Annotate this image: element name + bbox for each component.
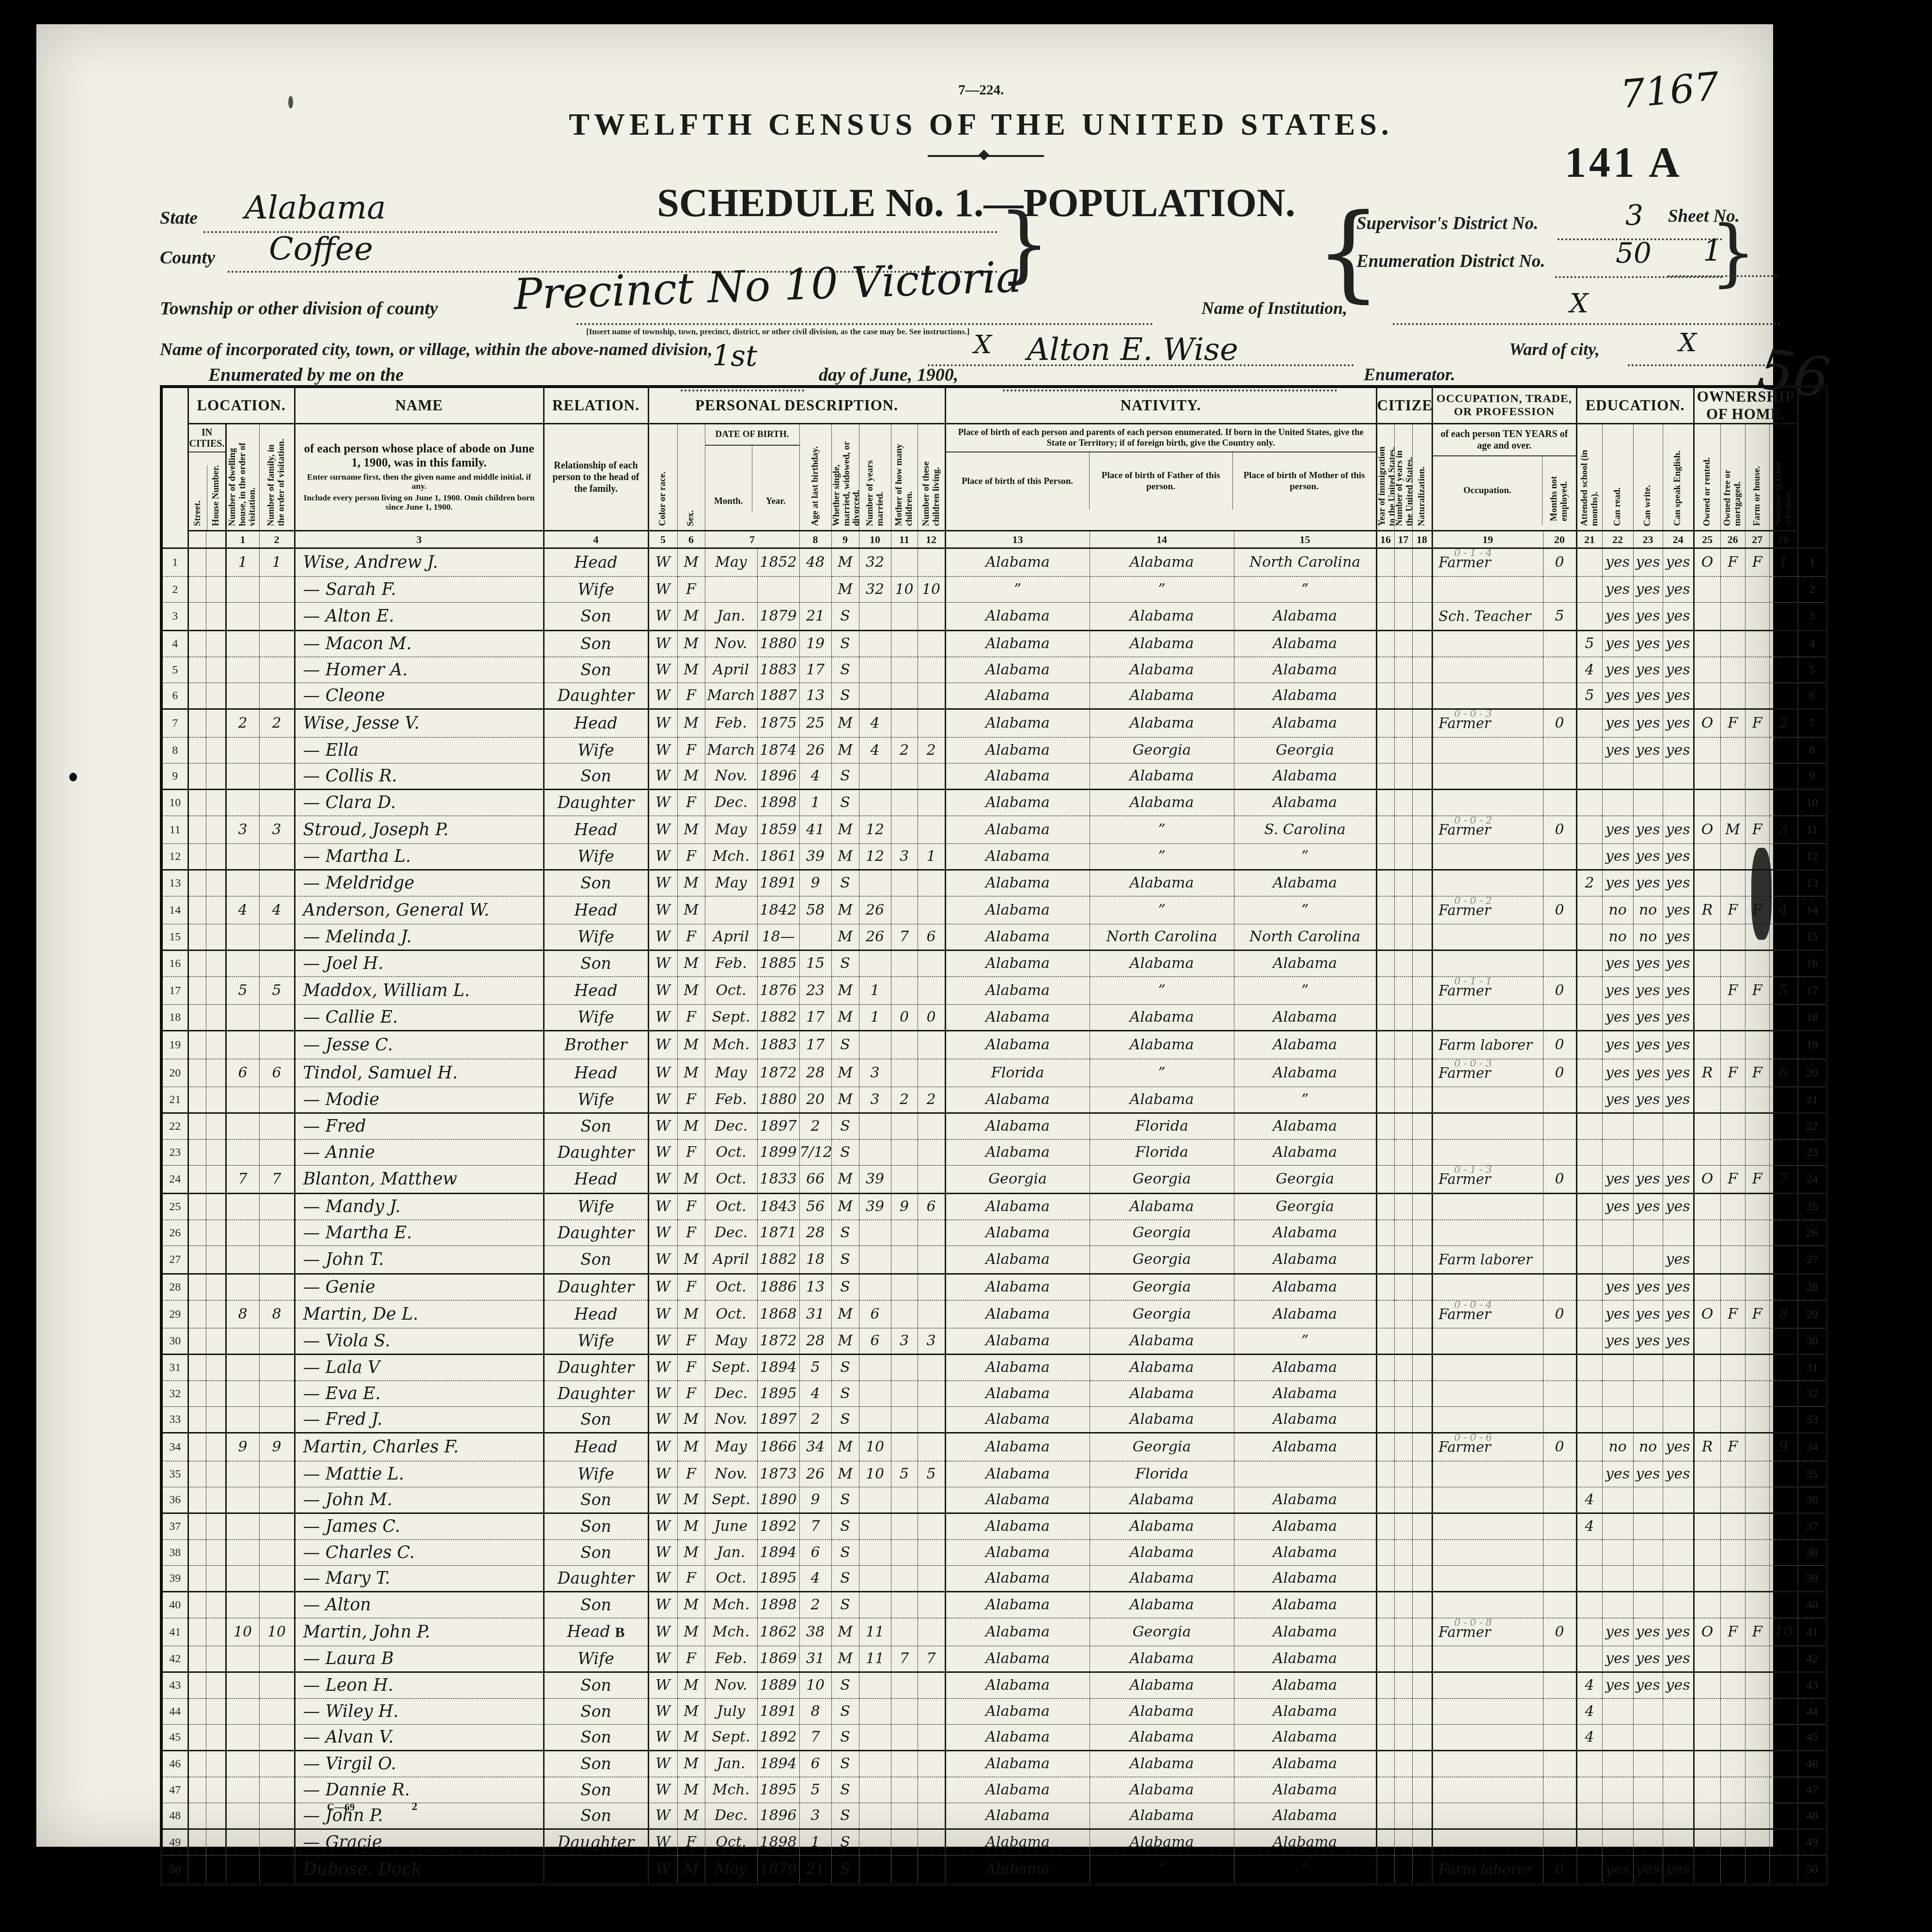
cell-naturalization-row-15 <box>1412 924 1432 950</box>
cell-age-row-4: 19 <box>799 631 831 657</box>
cell-house-number-row-49 <box>206 1829 226 1856</box>
cell-age-row-3: 21 <box>799 603 831 631</box>
cell-dwelling-number-row-29: 8 <box>226 1300 259 1328</box>
cell-farm-or-house-row-21 <box>1745 1087 1769 1113</box>
cell-naturalization-row-47 <box>1412 1777 1432 1803</box>
cell-house-number-row-6 <box>206 683 226 709</box>
cell-color-race-row-10: W <box>648 790 677 816</box>
cell-mother-birthplace-row-21: ” <box>1234 1087 1376 1113</box>
cell-relation-row-3: Son <box>544 603 648 631</box>
cell-marital-status-row-43: S <box>831 1672 859 1699</box>
cell-dwelling-number-row-45 <box>226 1725 259 1751</box>
cell-birthplace-row-12: Alabama <box>945 844 1090 870</box>
cell-house-number-row-28 <box>206 1274 226 1301</box>
cell-farm-or-house-row-35 <box>1745 1461 1769 1487</box>
cell-months-not-employed-row-38 <box>1543 1540 1576 1566</box>
table-row: 19— Jesse C.BrotherWMMch.188317SAlabamaA… <box>161 1031 1827 1059</box>
header-birth-month: Month. <box>705 446 752 512</box>
cell-row-number-row-25: 25 <box>1798 1194 1827 1220</box>
cell-sex-row-43: M <box>677 1672 705 1699</box>
cell-years-married-row-12: 12 <box>859 844 891 870</box>
cell-row-number-row-16: 16 <box>161 950 188 977</box>
cell-row-number-row-10: 10 <box>1798 790 1827 816</box>
cell-marital-status-row-38: S <box>831 1540 859 1566</box>
cell-birth-month-row-42: Feb. <box>705 1646 757 1672</box>
table-row: 8— EllaWifeWFMarch187426M422AlabamaGeorg… <box>161 737 1827 763</box>
cell-can-read-row-26 <box>1602 1220 1633 1246</box>
cell-farm-or-house-row-16 <box>1745 950 1769 977</box>
table-row: 5— Homer A.SonWMApril188317SAlabamaAlaba… <box>161 657 1827 683</box>
cell-birth-month-row-37: June <box>705 1513 757 1540</box>
cell-birthplace-row-18: Alabama <box>945 1005 1090 1031</box>
cell-can-write-row-28: yes <box>1633 1274 1663 1301</box>
cell-naturalization-row-34 <box>1412 1433 1432 1462</box>
cell-marital-status-row-33: S <box>831 1407 859 1433</box>
cell-father-birthplace-row-7: Alabama <box>1090 709 1234 738</box>
cell-birthplace-row-13: Alabama <box>945 870 1090 897</box>
cell-owned-rented-row-21 <box>1694 1087 1720 1113</box>
cell-years-married-row-7: 4 <box>859 709 891 738</box>
cell-dwelling-number-row-17: 5 <box>226 977 259 1005</box>
cell-occupation-row-8 <box>1432 737 1543 763</box>
cell-can-read-row-25: yes <box>1602 1194 1633 1220</box>
cell-immigration-year-row-16 <box>1376 950 1394 977</box>
cell-immigration-year-row-49 <box>1376 1829 1394 1856</box>
col-number-25: 25 <box>1694 531 1720 548</box>
cell-occupation-row-19: Farm laborer <box>1432 1031 1543 1059</box>
cell-children-living-row-6 <box>918 683 945 709</box>
cell-father-birthplace-row-15: North Carolina <box>1090 924 1234 950</box>
cell-farm-or-house-row-45 <box>1745 1725 1769 1751</box>
cell-birthplace-row-20: Florida <box>945 1059 1090 1087</box>
cell-years-in-us-row-27 <box>1394 1246 1412 1274</box>
cell-attended-school-row-3 <box>1576 603 1602 631</box>
cell-owned-rented-row-49 <box>1694 1829 1720 1856</box>
cell-farm-or-house-row-3 <box>1745 603 1769 631</box>
cell-owned-rented-row-5 <box>1694 657 1720 683</box>
cell-father-birthplace-row-5: Alabama <box>1090 657 1234 683</box>
cell-name-row-23: — Annie <box>295 1139 544 1166</box>
cell-farm-or-house-row-38 <box>1745 1540 1769 1566</box>
cell-mother-birthplace-row-13: Alabama <box>1234 870 1376 897</box>
cell-children-living-row-16 <box>918 950 945 977</box>
cell-age-row-42: 31 <box>799 1646 831 1672</box>
cell-color-race-row-50: W <box>648 1855 677 1885</box>
cell-family-number-row-23 <box>259 1139 295 1166</box>
cell-mother-birthplace-row-24: Georgia <box>1234 1166 1376 1194</box>
cell-color-race-row-11: W <box>648 816 677 844</box>
cell-marital-status-row-21: M <box>831 1087 859 1113</box>
cell-dwelling-number-row-18 <box>226 1005 259 1031</box>
cell-sex-row-27: M <box>677 1246 705 1274</box>
cell-occupation-row-47 <box>1432 1777 1543 1803</box>
cell-street-row-38 <box>188 1540 206 1566</box>
table-row: 12— Martha L.WifeWFMch.186139M1231Alabam… <box>161 844 1827 870</box>
table-row: 50Dubose, DockWMMay187921SAlabama””Farm … <box>161 1855 1827 1885</box>
cell-street-row-13 <box>188 870 206 897</box>
cell-farm-schedule-row-14: 4 <box>1769 896 1798 924</box>
cell-years-in-us-row-21 <box>1394 1087 1412 1113</box>
cell-occupation-row-45 <box>1432 1725 1543 1751</box>
cell-street-row-17 <box>188 977 206 1005</box>
cell-years-in-us-row-29 <box>1394 1300 1412 1328</box>
cell-mother-of-children-row-31 <box>891 1355 918 1381</box>
cell-birth-year-row-47: 1895 <box>757 1777 799 1803</box>
cell-mother-birthplace-row-35 <box>1234 1461 1376 1487</box>
cell-naturalization-row-18 <box>1412 1005 1432 1031</box>
cell-occupation-row-17: 0-1-1Farmer <box>1432 977 1543 1005</box>
col-number-18: 18 <box>1412 531 1432 548</box>
cell-birth-month-row-7: Feb. <box>705 709 757 738</box>
cell-owned-rented-row-14: R <box>1694 896 1720 924</box>
cell-mother-of-children-row-27 <box>891 1246 918 1274</box>
cell-immigration-year-row-6 <box>1376 683 1394 709</box>
cell-immigration-year-row-7 <box>1376 709 1394 738</box>
cell-can-read-row-44 <box>1602 1698 1633 1725</box>
cell-street-row-32 <box>188 1381 206 1407</box>
cell-can-write-row-20: yes <box>1633 1059 1663 1087</box>
cell-street-row-37 <box>188 1513 206 1540</box>
table-row: 1133Stroud, Joseph P.HeadWMMay185941M12A… <box>161 816 1827 844</box>
cell-children-living-row-24 <box>918 1166 945 1194</box>
header-dwelling-number: Number of dwelling house, in the order o… <box>226 424 259 531</box>
cell-years-married-row-16 <box>859 950 891 977</box>
cell-farm-schedule-row-25 <box>1769 1194 1798 1220</box>
cell-children-living-row-7 <box>918 709 945 738</box>
cell-dwelling-number-row-5 <box>226 657 259 683</box>
cell-sex-row-9: M <box>677 763 705 790</box>
cell-marital-status-row-15: M <box>831 924 859 950</box>
cell-row-number-row-48: 48 <box>161 1803 188 1829</box>
col-number-27: 27 <box>1745 531 1769 548</box>
cell-years-married-row-4 <box>859 631 891 657</box>
cell-birth-year-row-21: 1880 <box>757 1087 799 1113</box>
cell-free-mortgaged-row-46 <box>1720 1751 1745 1777</box>
cell-name-row-26: — Martha E. <box>295 1220 544 1246</box>
cell-father-birthplace-row-17: ” <box>1090 977 1234 1005</box>
cell-years-in-us-row-42 <box>1394 1646 1412 1672</box>
county-label: County <box>160 247 215 268</box>
cell-can-speak-english-row-36 <box>1663 1487 1694 1513</box>
cell-naturalization-row-30 <box>1412 1328 1432 1355</box>
cell-can-read-row-45 <box>1602 1725 1633 1751</box>
cell-owned-rented-row-29: O <box>1694 1300 1720 1328</box>
edge-blot <box>1751 848 1772 940</box>
cell-owned-rented-row-40 <box>1694 1592 1720 1619</box>
cell-street-row-48 <box>188 1803 206 1829</box>
cell-farm-schedule-row-18 <box>1769 1005 1798 1031</box>
cell-can-write-row-39 <box>1633 1566 1663 1592</box>
cell-age-row-25: 56 <box>799 1194 831 1220</box>
cell-mother-of-children-row-23 <box>891 1139 918 1166</box>
cell-name-row-49: — Gracie <box>295 1829 544 1856</box>
cell-birth-year-row-42: 1869 <box>757 1646 799 1672</box>
cell-can-speak-english-row-35: yes <box>1663 1461 1694 1487</box>
cell-farm-schedule-row-42 <box>1769 1646 1798 1672</box>
cell-age-row-10: 1 <box>799 790 831 816</box>
cell-years-in-us-row-17 <box>1394 977 1412 1005</box>
cell-birthplace-row-34: Alabama <box>945 1433 1090 1462</box>
cell-can-write-row-38 <box>1633 1540 1663 1566</box>
cell-mother-birthplace-row-45: Alabama <box>1234 1725 1376 1751</box>
cell-farm-schedule-row-31 <box>1769 1355 1798 1381</box>
cell-birth-month-row-17: Oct. <box>705 977 757 1005</box>
cell-name-row-4: — Macon M. <box>295 631 544 657</box>
cell-row-number-row-17: 17 <box>1798 977 1827 1005</box>
cell-relation-row-2: Wife <box>544 576 648 603</box>
cell-farm-or-house-row-23 <box>1745 1139 1769 1166</box>
cell-immigration-year-row-15 <box>1376 924 1394 950</box>
enumerator-name: Alton E. Wise <box>1027 332 1238 368</box>
cell-free-mortgaged-row-2 <box>1720 576 1745 603</box>
cell-naturalization-row-28 <box>1412 1274 1432 1301</box>
cell-relation-row-37: Son <box>544 1513 648 1540</box>
cell-birthplace-row-39: Alabama <box>945 1566 1090 1592</box>
col-number-14: 14 <box>1090 531 1234 548</box>
cell-mother-birthplace-row-18: Alabama <box>1234 1005 1376 1031</box>
cell-street-row-1 <box>188 548 206 577</box>
cell-farm-schedule-row-11: 3 <box>1769 816 1798 844</box>
table-row: 2— Sarah F.WifeWFM321010”””yesyesyes2 <box>161 576 1827 603</box>
cell-house-number-row-47 <box>206 1777 226 1803</box>
cell-house-number-row-3 <box>206 603 226 631</box>
cell-age-row-34: 34 <box>799 1433 831 1462</box>
name-instruction-2: Enter surname first, then the given name… <box>300 472 538 491</box>
cell-farm-or-house-row-1: F <box>1745 548 1769 577</box>
township-note: [Insert name of township, town, precinct… <box>586 327 969 337</box>
cell-farm-schedule-row-30 <box>1769 1328 1798 1355</box>
cell-street-row-4 <box>188 631 206 657</box>
cell-farm-schedule-row-48 <box>1769 1803 1798 1829</box>
header-family-number: Number of family, in the order of visita… <box>259 424 295 531</box>
cell-months-not-employed-row-24: 0 <box>1543 1166 1576 1194</box>
cell-father-birthplace-row-34: Georgia <box>1090 1433 1234 1462</box>
cell-street-row-16 <box>188 950 206 977</box>
cell-marital-status-row-46: S <box>831 1751 859 1777</box>
cell-age-row-49: 1 <box>799 1829 831 1856</box>
cell-farm-schedule-row-7: 2 <box>1769 709 1798 738</box>
cell-marital-status-row-17: M <box>831 977 859 1005</box>
row-number-column-right <box>1798 387 1827 548</box>
cell-years-in-us-row-12 <box>1394 844 1412 870</box>
cell-occupation-row-48 <box>1432 1803 1543 1829</box>
cell-mother-of-children-row-14 <box>891 896 918 924</box>
cell-farm-schedule-row-10 <box>1769 790 1798 816</box>
enumerated-mid: day of June, 1900, <box>819 364 958 386</box>
cell-occupation-row-42 <box>1432 1646 1543 1672</box>
cell-free-mortgaged-row-18 <box>1720 1005 1745 1031</box>
cell-birth-year-row-40: 1898 <box>757 1592 799 1619</box>
cell-name-row-44: — Wiley H. <box>295 1698 544 1725</box>
cell-can-read-row-39 <box>1602 1566 1633 1592</box>
cell-children-living-row-15: 6 <box>918 924 945 950</box>
cell-age-row-18: 17 <box>799 1005 831 1031</box>
enumerated-day: 1st <box>712 339 757 373</box>
cell-row-number-row-21: 21 <box>161 1087 188 1113</box>
occupation-pencil-note-row-29: 0-0-4 <box>1454 1300 1495 1310</box>
cell-farm-schedule-row-8 <box>1769 737 1798 763</box>
occupation-pencil-note-row-7: 0-0-3 <box>1454 709 1495 719</box>
cell-mother-of-children-row-11 <box>891 816 918 844</box>
cell-attended-school-row-5: 4 <box>1576 657 1602 683</box>
cell-color-race-row-15: W <box>648 924 677 950</box>
cell-color-race-row-37: W <box>648 1513 677 1540</box>
cell-street-row-6 <box>188 683 206 709</box>
table-row: 15— Melinda J.WifeWFApril18—M2676Alabama… <box>161 924 1827 950</box>
cell-row-number-row-22: 22 <box>161 1113 188 1140</box>
cell-months-not-employed-row-32 <box>1543 1381 1576 1407</box>
cell-relation-row-44: Son <box>544 1698 648 1725</box>
header-can-write: Can write. <box>1633 424 1663 531</box>
cell-free-mortgaged-row-1: F <box>1720 548 1745 577</box>
cell-row-number-row-18: 18 <box>161 1005 188 1031</box>
cell-color-race-row-5: W <box>648 657 677 683</box>
cell-attended-school-row-20 <box>1576 1059 1602 1087</box>
cell-can-speak-english-row-31 <box>1663 1355 1694 1381</box>
group-occupation: OCCUPATION, TRADE, OR PROFESSION <box>1432 387 1576 424</box>
cell-can-speak-english-row-39 <box>1663 1566 1694 1592</box>
cell-row-number-row-43: 43 <box>161 1672 188 1699</box>
cell-relation-row-13: Son <box>544 870 648 897</box>
cell-children-living-row-23 <box>918 1139 945 1166</box>
cell-can-write-row-50: yes <box>1633 1855 1663 1885</box>
cell-dwelling-number-row-11: 3 <box>226 816 259 844</box>
cell-can-write-row-24: yes <box>1633 1166 1663 1194</box>
cell-naturalization-row-49 <box>1412 1829 1432 1856</box>
cell-name-row-41: Martin, John P. <box>295 1618 544 1646</box>
cell-family-number-row-49 <box>259 1829 295 1856</box>
cell-family-number-row-44 <box>259 1698 295 1725</box>
cell-mother-of-children-row-21: 2 <box>891 1087 918 1113</box>
cell-birthplace-row-21: Alabama <box>945 1087 1090 1113</box>
header-attended-school: Attended school (in months). <box>1576 424 1602 531</box>
cell-row-number-row-35: 35 <box>1798 1461 1827 1487</box>
cell-age-row-5: 17 <box>799 657 831 683</box>
cell-mother-birthplace-row-40: Alabama <box>1234 1592 1376 1619</box>
cell-marital-status-row-13: S <box>831 870 859 897</box>
cell-farm-or-house-row-41: F <box>1745 1618 1769 1646</box>
cell-children-living-row-1 <box>918 548 945 577</box>
ink-dot <box>69 773 77 781</box>
cell-color-race-row-21: W <box>648 1087 677 1113</box>
cell-sex-row-47: M <box>677 1777 705 1803</box>
cell-can-write-row-9 <box>1633 763 1663 790</box>
cell-family-number-row-25 <box>259 1194 295 1220</box>
cell-family-number-row-4 <box>259 631 295 657</box>
cell-relation-row-4: Son <box>544 631 648 657</box>
cell-can-write-row-16: yes <box>1633 950 1663 977</box>
cell-occupation-row-28 <box>1432 1274 1543 1301</box>
cell-months-not-employed-row-6 <box>1543 683 1576 709</box>
cell-can-write-row-19: yes <box>1633 1031 1663 1059</box>
cell-family-number-row-48 <box>259 1803 295 1829</box>
cell-relation-row-36: Son <box>544 1487 648 1513</box>
cell-owned-rented-row-47 <box>1694 1777 1720 1803</box>
occupation-pencil-note-row-41: 0-0-8 <box>1454 1618 1495 1628</box>
cell-house-number-row-32 <box>206 1381 226 1407</box>
cell-birth-month-row-34: May <box>705 1433 757 1462</box>
cell-birth-year-row-34: 1866 <box>757 1433 799 1462</box>
cell-sex-row-11: M <box>677 816 705 844</box>
cell-birth-month-row-13: May <box>705 870 757 897</box>
cell-color-race-row-30: W <box>648 1328 677 1355</box>
cell-can-speak-english-row-28: yes <box>1663 1274 1694 1301</box>
cell-street-row-36 <box>188 1487 206 1513</box>
cell-age-row-48: 3 <box>799 1803 831 1829</box>
cell-can-write-row-34: no <box>1633 1433 1663 1462</box>
cell-birth-year-row-28: 1886 <box>757 1274 799 1301</box>
cell-can-speak-english-row-32 <box>1663 1381 1694 1407</box>
cell-mother-birthplace-row-32: Alabama <box>1234 1381 1376 1407</box>
cell-can-speak-english-row-2: yes <box>1663 576 1694 603</box>
cell-years-married-row-48 <box>859 1803 891 1829</box>
relation-note-row-41: B <box>610 1624 625 1640</box>
cell-can-write-row-49 <box>1633 1829 1663 1856</box>
cell-dwelling-number-row-44 <box>226 1698 259 1725</box>
cell-birth-year-row-33: 1897 <box>757 1407 799 1433</box>
cell-occupation-row-9 <box>1432 763 1543 790</box>
cell-sex-row-23: F <box>677 1139 705 1166</box>
cell-relation-row-41: HeadB <box>544 1618 648 1646</box>
header-years-married: Number of years married. <box>859 424 891 531</box>
cell-mother-of-children-row-35: 5 <box>891 1461 918 1487</box>
cell-dwelling-number-row-20: 6 <box>226 1059 259 1087</box>
cell-relation-row-23: Daughter <box>544 1139 648 1166</box>
header-farm-schedule: Number of farm schedule. <box>1769 424 1798 531</box>
cell-children-living-row-36 <box>918 1487 945 1513</box>
cell-can-read-row-20: yes <box>1602 1059 1633 1087</box>
cell-years-married-row-28 <box>859 1274 891 1301</box>
cell-father-birthplace-row-24: Georgia <box>1090 1166 1234 1194</box>
cell-immigration-year-row-42 <box>1376 1646 1394 1672</box>
cell-father-birthplace-row-41: Georgia <box>1090 1618 1234 1646</box>
cell-farm-schedule-row-20: 6 <box>1769 1059 1798 1087</box>
cell-sex-row-49: F <box>677 1829 705 1856</box>
cell-can-speak-english-row-47 <box>1663 1777 1694 1803</box>
cell-owned-rented-row-6 <box>1694 683 1720 709</box>
cell-months-not-employed-row-19: 0 <box>1543 1031 1576 1059</box>
cell-can-read-row-6: yes <box>1602 683 1633 709</box>
cell-birth-month-row-12: Mch. <box>705 844 757 870</box>
cell-mother-of-children-row-33 <box>891 1407 918 1433</box>
cell-naturalization-row-37 <box>1412 1513 1432 1540</box>
cell-house-number-row-26 <box>206 1220 226 1246</box>
cell-can-write-row-45 <box>1633 1725 1663 1751</box>
cell-sex-row-14: M <box>677 896 705 924</box>
cell-father-birthplace-row-47: Alabama <box>1090 1777 1234 1803</box>
cell-birth-month-row-15: April <box>705 924 757 950</box>
sheet-underline <box>1668 274 1777 277</box>
cell-marital-status-row-39: S <box>831 1566 859 1592</box>
cell-can-read-row-27 <box>1602 1246 1633 1274</box>
cell-relation-row-26: Daughter <box>544 1220 648 1246</box>
cell-birth-year-row-39: 1895 <box>757 1566 799 1592</box>
col-number-24: 24 <box>1663 531 1694 548</box>
cell-naturalization-row-19 <box>1412 1031 1432 1059</box>
cell-color-race-row-29: W <box>648 1300 677 1328</box>
cell-mother-birthplace-row-8: Georgia <box>1234 737 1376 763</box>
cell-can-write-row-41: yes <box>1633 1618 1663 1646</box>
cell-years-married-row-20: 3 <box>859 1059 891 1087</box>
cell-free-mortgaged-row-12 <box>1720 844 1745 870</box>
cell-dwelling-number-row-47 <box>226 1777 259 1803</box>
cell-mother-birthplace-row-23: Alabama <box>1234 1139 1376 1166</box>
cell-birthplace-row-44: Alabama <box>945 1698 1090 1725</box>
cell-age-row-8: 26 <box>799 737 831 763</box>
cell-birth-year-row-29: 1868 <box>757 1300 799 1328</box>
cell-years-married-row-29: 6 <box>859 1300 891 1328</box>
cell-age-row-14: 58 <box>799 896 831 924</box>
